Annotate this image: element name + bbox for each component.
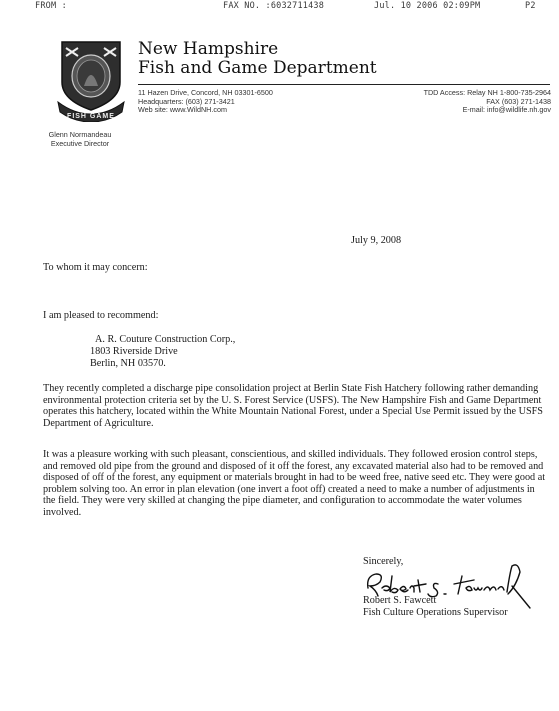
intro-line: I am pleased to recommend: bbox=[43, 310, 158, 322]
salutation: To whom it may concern: bbox=[43, 262, 148, 274]
recipient-company: A. R. Couture Construction Corp., bbox=[90, 334, 235, 346]
department-title: New Hampshire Fish and Game Department bbox=[138, 40, 377, 78]
department-title-line1: New Hampshire bbox=[138, 40, 377, 59]
paragraph-project: They recently completed a discharge pipe… bbox=[43, 383, 548, 429]
recipient-street: 1803 Riverside Drive bbox=[90, 346, 235, 358]
recipient-city: Berlin, NH 03570. bbox=[90, 358, 235, 370]
fax-timestamp: Jul. 10 2006 02:09PM bbox=[374, 1, 480, 11]
svg-text:FISH GAME: FISH GAME bbox=[67, 113, 115, 120]
department-address: 11 Hazen Drive, Concord, NH 03301-6500 H… bbox=[138, 89, 273, 115]
executive-director: Glenn Normandeau Executive Director bbox=[40, 130, 120, 148]
signer-title: Fish Culture Operations Supervisor bbox=[363, 607, 508, 619]
fish-and-game-shield-logo-icon: FISH GAME bbox=[56, 38, 126, 122]
letterhead-divider bbox=[138, 84, 550, 85]
department-contact: TDD Access: Relay NH 1-800-735-2964 FAX … bbox=[424, 89, 551, 115]
signer-name: Robert S. Fawcett bbox=[363, 595, 436, 607]
fax-from-label: FROM : bbox=[35, 1, 67, 11]
recipient-address: A. R. Couture Construction Corp., 1803 R… bbox=[90, 334, 235, 370]
fax-number: FAX NO. :6032711438 bbox=[223, 1, 324, 11]
paragraph-praise: It was a pleasure working with such plea… bbox=[43, 449, 548, 519]
director-name: Glenn Normandeau bbox=[40, 130, 120, 139]
website: Web site: www.WildNH.com bbox=[138, 106, 273, 115]
director-title: Executive Director bbox=[40, 139, 120, 148]
letter-date: July 9, 2008 bbox=[351, 235, 401, 247]
fax-page-number: P2 bbox=[525, 1, 536, 11]
department-title-line2: Fish and Game Department bbox=[138, 59, 377, 78]
email-address: E-mail: info@wildlife.nh.gov bbox=[424, 106, 551, 115]
